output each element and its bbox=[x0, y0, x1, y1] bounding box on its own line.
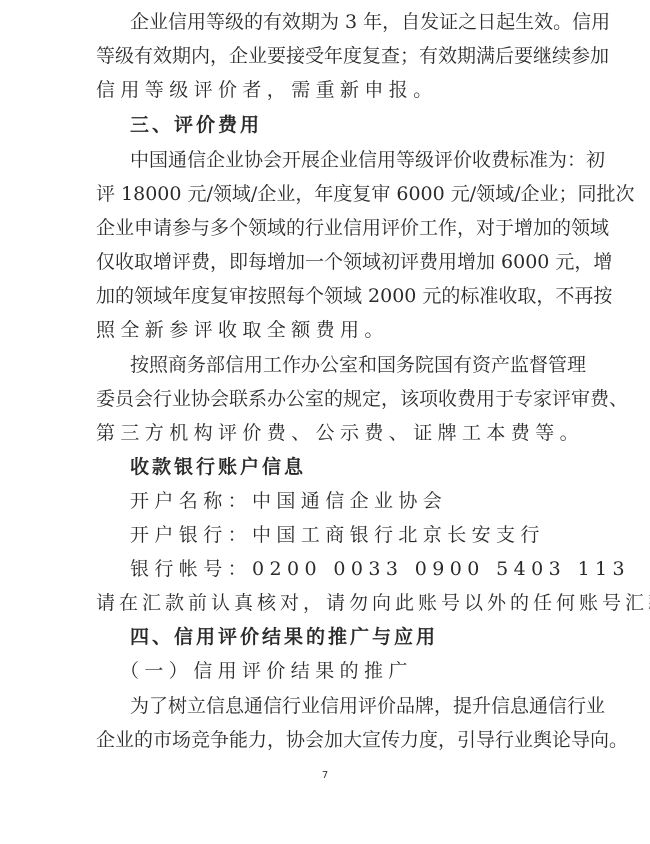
bank-name: 开户银行：中国工商银行北京长安支行 bbox=[130, 523, 558, 547]
paragraph-fees-line-6: 照全新参评收取全额费用。 bbox=[96, 318, 558, 342]
paragraph-validity-line-1: 企业信用等级的有效期为 3 年，自发证之日起生效。信用 bbox=[130, 10, 558, 34]
section-heading-fees: 三、评价费用 bbox=[130, 113, 558, 137]
bank-warning: 请在汇款前认真核对，请勿向此账号以外的任何账号汇款。 bbox=[96, 591, 558, 615]
paragraph-fees-line-5: 加的领域年度复审按照每个领域 2000 元的标准收取，不再按 bbox=[96, 284, 558, 308]
document-page: 企业信用等级的有效期为 3 年，自发证之日起生效。信用 等级有效期内，企业要接受… bbox=[0, 0, 650, 844]
paragraph-fees-line-3: 企业申请参与多个领域的行业信用评价工作，对于增加的领域 bbox=[96, 216, 558, 240]
paragraph-regulation-line-1: 按照商务部信用工作办公室和国务院国有资产监督管理 bbox=[130, 353, 558, 377]
paragraph-regulation-line-3: 第三方机构评价费、公示费、证牌工本费等。 bbox=[96, 421, 558, 445]
paragraph-fees-line-1: 中国通信企业协会开展企业信用等级评价收费标准为：初 bbox=[130, 148, 558, 172]
paragraph-fees-line-4: 仅收取增评费，即每增加一个领域初评费用增加 6000 元，增 bbox=[96, 250, 558, 274]
bank-info-heading: 收款银行账户信息 bbox=[130, 455, 558, 479]
paragraph-regulation-line-2: 委员会行业协会联系办公室的规定，该项收费用于专家评审费、 bbox=[96, 387, 558, 411]
paragraph-validity-line-2: 等级有效期内，企业要接受年度复查；有效期满后要继续参加 bbox=[96, 44, 558, 68]
page-number: 7 bbox=[0, 770, 650, 781]
subsection-heading-promotion: （一）信用评价结果的推广 bbox=[120, 659, 582, 683]
paragraph-promotion-line-1: 为了树立信息通信行业信用评价品牌，提升信息通信行业 bbox=[130, 694, 558, 718]
paragraph-promotion-line-2: 企业的市场竞争能力，协会加大宣传力度，引导行业舆论导向。 bbox=[96, 728, 558, 752]
bank-account-name: 开户名称：中国通信企业协会 bbox=[130, 489, 558, 513]
section-heading-promotion-application: 四、信用评价结果的推广与应用 bbox=[130, 625, 558, 649]
paragraph-fees-line-2: 评 18000 元/领域/企业，年度复审 6000 元/领域/企业；同批次 bbox=[96, 182, 558, 206]
paragraph-validity-line-3: 信用等级评价者，需重新申报。 bbox=[96, 78, 558, 102]
bank-account-number: 银行帐号：0200 0033 0900 5403 113 bbox=[130, 557, 558, 581]
